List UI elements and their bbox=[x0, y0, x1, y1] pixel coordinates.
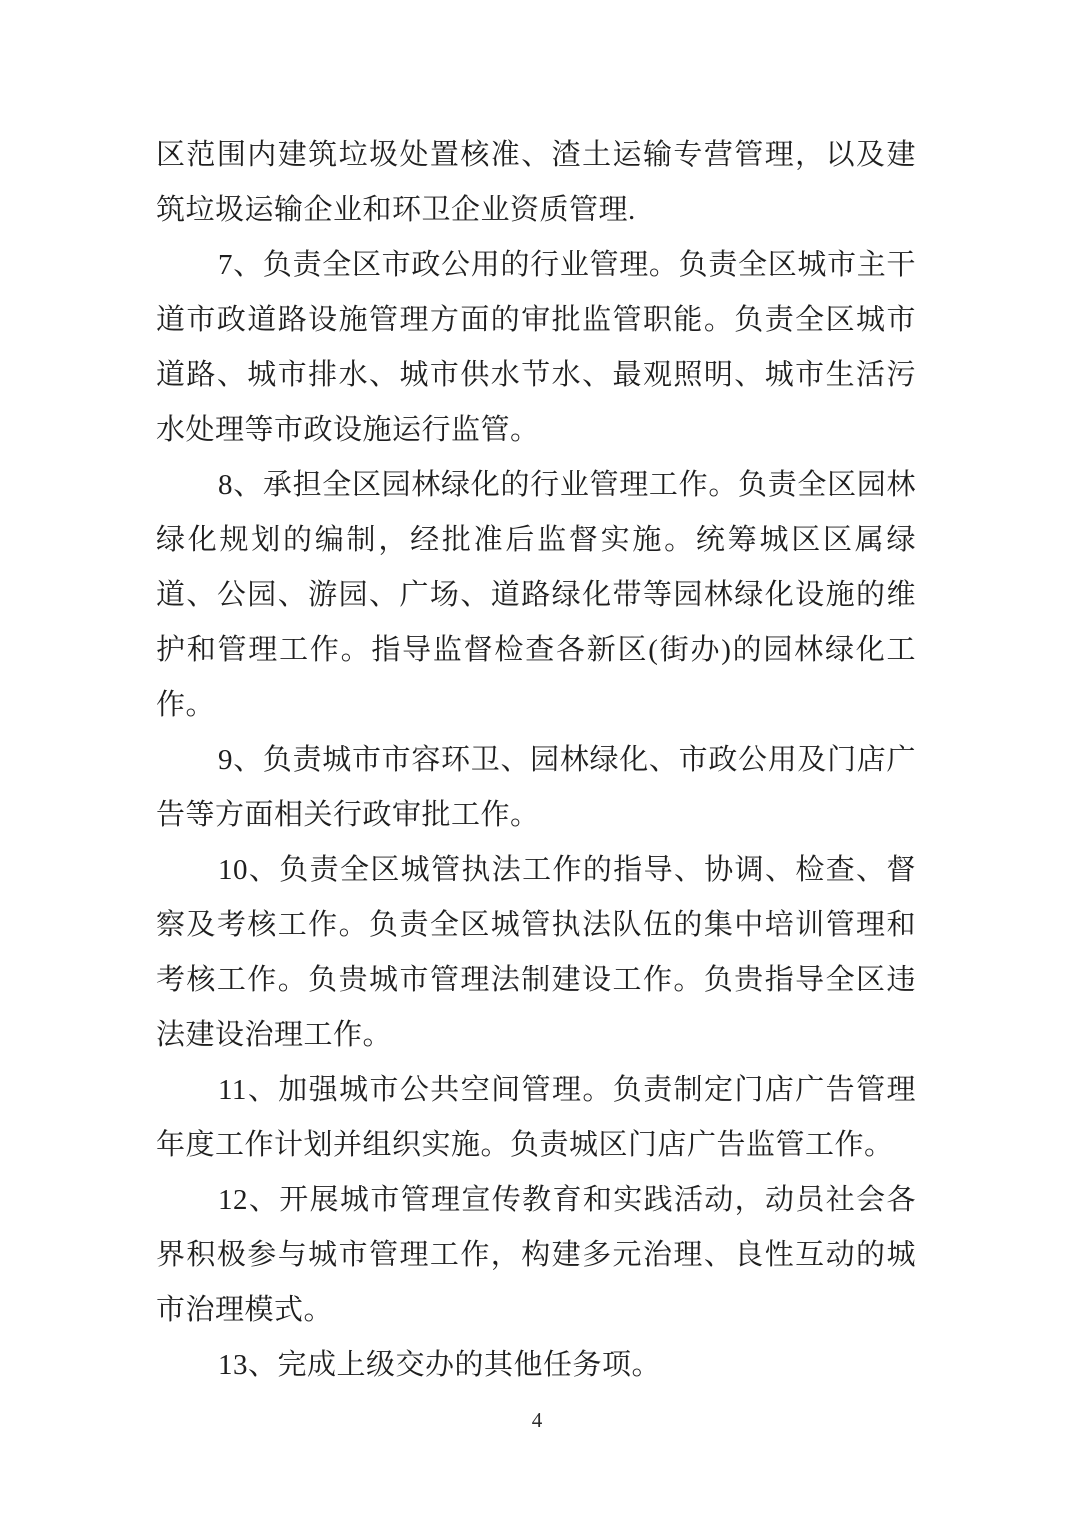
paragraph: 12、开展城市管理宣传教育和实践活动，动员社会各界积极参与城市管理工作，构建多元… bbox=[156, 1173, 916, 1338]
page-number: 4 bbox=[0, 1408, 1074, 1432]
paragraph: 13、完成上级交办的其他任务项。 bbox=[156, 1338, 916, 1393]
paragraph: 8、承担全区园林绿化的行业管理工作。负责全区园林绿化规划的编制，经批准后监督实施… bbox=[156, 458, 916, 733]
paragraph: 区范围内建筑垃圾处置核准、渣土运输专营管理，以及建筑垃圾运输企业和环卫企业资质管… bbox=[156, 128, 916, 238]
paragraph: 10、负责全区城管执法工作的指导、协调、检查、督察及考核工作。负责全区城管执法队… bbox=[156, 843, 916, 1063]
document-page: 区范围内建筑垃圾处置核准、渣土运输专营管理，以及建筑垃圾运输企业和环卫企业资质管… bbox=[0, 0, 1074, 1520]
paragraph: 7、负责全区市政公用的行业管理。负责全区城市主干道市政道路设施管理方面的审批监管… bbox=[156, 238, 916, 458]
paragraph: 9、负责城市市容环卫、园林绿化、市政公用及门店广告等方面相关行政审批工作。 bbox=[156, 733, 916, 843]
paragraph: 11、加强城市公共空间管理。负责制定门店广告管理年度工作计划并组织实施。负责城区… bbox=[156, 1063, 916, 1173]
document-body: 区范围内建筑垃圾处置核准、渣土运输专营管理，以及建筑垃圾运输企业和环卫企业资质管… bbox=[156, 128, 916, 1393]
